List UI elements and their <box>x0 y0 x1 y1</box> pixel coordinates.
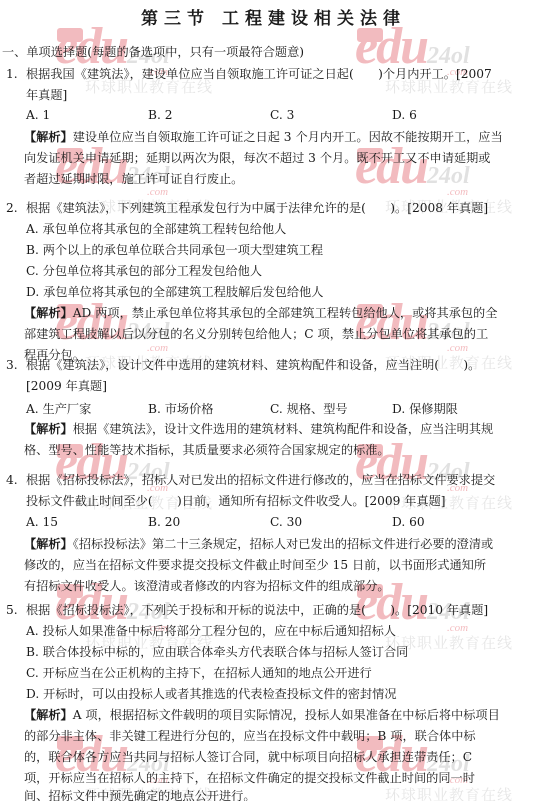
option-a: A. 15 <box>26 515 58 529</box>
option-c: C. 分包单位将其承包的部分工程发包给他人 <box>26 264 262 278</box>
option-b: B. 2 <box>148 108 172 122</box>
question-number: 3. <box>6 358 18 372</box>
analysis-line: 的，联合体各方应当共同与招标人签订合同，就中标项目向招标人承担连带责任；C <box>24 750 472 764</box>
watermark: edu24ol .com 环球职业教育在线 <box>355 142 470 192</box>
analysis-line: 【解析】《招标投标法》第二十三条规定，招标人对已发出的招标文件进行必要的澄清或 <box>24 537 493 551</box>
analysis-line: 的部分非主体、非关键工程进行分包的，应当在投标文件中载明；B 项，联合体中标 <box>24 729 476 743</box>
question-stem: 年真题] <box>26 88 67 102</box>
option-a: A. 承包单位将其承包的全部建筑工程转包给他人 <box>26 222 286 236</box>
option-b: B. 两个以上的承包单位联合共同承包一项大型建筑工程 <box>26 243 323 257</box>
analysis-line: 间、招标文件中预先确定的地点公开进行。 <box>24 789 256 801</box>
analysis-label: 【解析】 <box>24 537 73 551</box>
analysis-label: 【解析】 <box>24 422 73 436</box>
analysis-line: 格、型号、性能等技术指标，其质量要求必须符合国家规定的标准。 <box>24 443 390 457</box>
option-b: B. 市场价格 <box>148 400 213 417</box>
question-number: 4. <box>6 473 18 487</box>
option-d: D. 60 <box>392 515 425 529</box>
option-d: D. 承包单位将其承包的全部建筑工程肢解后发包给他人 <box>26 285 323 299</box>
section-heading: 一、单项选择题(每题的备选项中，只有一项最符合题意) <box>2 45 304 59</box>
analysis-label: 【解析】 <box>24 708 73 722</box>
question-stem: 根据《建筑法》，设计文件中选用的建筑材料、建筑构配件和设备，应当注明( )。 <box>26 358 480 372</box>
option-a: A. 1 <box>26 108 50 122</box>
option-d: D. 6 <box>392 108 417 122</box>
watermark-badge-icon <box>357 28 383 42</box>
question-number: 5. <box>6 603 18 617</box>
analysis-line: 有招标文件收受人。该澄清或者修改的内容为招标文件的组成部分。 <box>24 579 390 593</box>
question-stem: 投标文件截止时间至少( )日前，通知所有招标文件收受人。[2009 年真题] <box>26 494 446 508</box>
question-stem: 根据《建筑法》，下列建筑工程承发包行为中属于法律允许的是( )。[2008 年真… <box>26 201 488 215</box>
question-number: 2. <box>6 201 18 215</box>
analysis-line: 【解析】建设单位应当自领取施工许可证之日起 3 个月内开工。因故不能按期开工，应… <box>24 130 503 144</box>
option-d: D. 开标时，可以由投标人或者其推选的代表检查投标文件的密封情况 <box>26 687 397 701</box>
question-stem: [2009 年真题] <box>26 379 107 393</box>
watermark: edu24ol .com 环球职业教育在线 <box>355 22 470 72</box>
analysis-line: 修改的，应当在招标文件要求提交投标文件截止时间至少 15 日前，以书面形式通知所 <box>24 558 486 572</box>
analysis-line: 【解析】根据《建筑法》，设计文件选用的建筑材料、建筑构配件和设备，应当注明其规 <box>24 422 493 436</box>
analysis-label: 【解析】 <box>24 306 73 320</box>
analysis-line: 【解析】AD 两项，禁止承包单位将其承包的全部建筑工程转包给他人，或将其承包的全 <box>24 306 497 320</box>
page-title: 第三节 工程建设相关法律 <box>0 4 547 29</box>
option-c: C. 3 <box>270 108 294 122</box>
analysis-line: 者超过延期时限，施工许可证自行废止。 <box>24 172 243 186</box>
watermark-badge-icon <box>57 28 83 42</box>
analysis-line: 向发证机关申请延期；延期以两次为限，每次不超过 3 个月。既不开工又不申请延期或 <box>24 151 490 165</box>
option-b: B. 20 <box>148 515 180 529</box>
question-stem: 根据《招标投标法》，下列关于投标和开标的说法中，正确的是( )。[2010 年真… <box>26 603 488 617</box>
option-b: B. 联合体投标中标的，应由联合体牵头方代表联合体与招标人签订合同 <box>26 645 408 659</box>
question-stem: 根据《招标投标法》，招标人对已发出的招标文件进行修改的，应当在招标文件要求提交 <box>26 473 495 487</box>
question-stem: 根据我国《建筑法》，建设单位应当自领取施工许可证之日起( )个月内开工。[200… <box>26 67 492 81</box>
analysis-line: 项，开标应当在招标人的主持下，在招标文件确定的提交投标文件截止时间的同一时 <box>24 771 475 785</box>
option-a: A. 投标人如果准备中标后将部分工程分包的，应在中标后通知招标人 <box>26 624 396 638</box>
option-c: C. 规格、型号 <box>270 400 348 417</box>
option-a: A. 生产厂家 <box>26 400 91 417</box>
analysis-line: 部建筑工程肢解以后以分包的名义分别转包给他人；C 项，禁止分包单位将其承包的工 <box>24 327 488 341</box>
analysis-label: 【解析】 <box>24 130 73 144</box>
document-page: edu24ol .com 环球职业教育在线 edu24ol .com 环球职业教… <box>0 0 547 801</box>
option-d: D. 保修期限 <box>392 400 458 417</box>
option-c: C. 开标应当在公正机构的主持下，在招标人通知的地点公开进行 <box>26 666 372 680</box>
analysis-line: 【解析】A 项，根据招标文件载明的项目实际情况，投标人如果准备在中标后将中标项目 <box>24 708 500 722</box>
option-c: C. 30 <box>270 515 302 529</box>
question-number: 1. <box>6 67 18 81</box>
